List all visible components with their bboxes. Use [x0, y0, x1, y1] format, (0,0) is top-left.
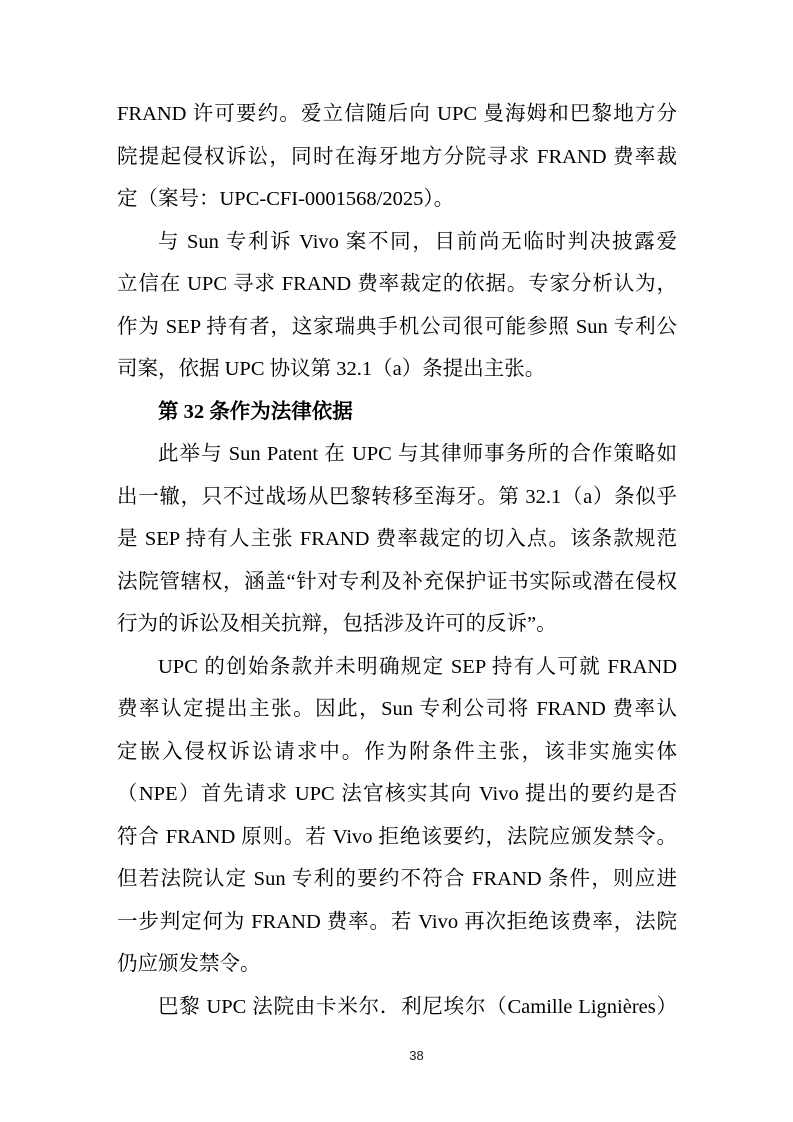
document-body: FRAND 许可要约。爱立信随后向 UPC 曼海姆和巴黎地方分院提起侵权诉讼，同…	[117, 93, 677, 1028]
text-line: 费率认定提出主张。因此，Sun 专利公司将 FRAND 费率认	[117, 688, 677, 731]
text-line: 但若法院认定 Sun 专利的要约不符合 FRAND 条件，则应进	[117, 858, 677, 901]
page-footer: 38	[0, 1048, 793, 1063]
text-line: 符合 FRAND 原则。若 Vivo 拒绝该要约，法院应颁发禁令。	[117, 816, 677, 859]
text-line: 定嵌入侵权诉讼请求中。作为附条件主张，该非实施实体	[117, 731, 677, 774]
page-number: 38	[409, 1048, 423, 1063]
text-line: 一步判定何为 FRAND 费率。若 Vivo 再次拒绝该费率，法院	[117, 901, 677, 944]
text-line: FRAND 许可要约。爱立信随后向 UPC 曼海姆和巴黎地方分	[117, 93, 677, 136]
text-line: 司案，依据 UPC 协议第 32.1（a）条提出主张。	[117, 348, 677, 391]
text-line: （NPE）首先请求 UPC 法官核实其向 Vivo 提出的要约是否	[117, 773, 677, 816]
text-line: 与 Sun 专利诉 Vivo 案不同，目前尚无临时判决披露爱	[117, 221, 677, 264]
text-line: 仍应颁发禁令。	[117, 943, 677, 986]
text-line: 院提起侵权诉讼，同时在海牙地方分院寻求 FRAND 费率裁	[117, 136, 677, 179]
text-line: 此举与 Sun Patent 在 UPC 与其律师事务所的合作策略如	[117, 433, 677, 476]
section-heading: 第 32 条作为法律依据	[117, 391, 677, 434]
document-page: FRAND 许可要约。爱立信随后向 UPC 曼海姆和巴黎地方分院提起侵权诉讼，同…	[0, 0, 793, 1122]
text-line: 法院管辖权，涵盖“针对专利及补充保护证书实际或潜在侵权	[117, 561, 677, 604]
text-line: 出一辙，只不过战场从巴黎转移至海牙。第 32.1（a）条似乎	[117, 476, 677, 519]
text-line: 巴黎 UPC 法院由卡米尔．利尼埃尔（Camille Lignières）	[117, 986, 677, 1029]
text-line: 是 SEP 持有人主张 FRAND 费率裁定的切入点。该条款规范	[117, 518, 677, 561]
text-line: UPC 的创始条款并未明确规定 SEP 持有人可就 FRAND	[117, 646, 677, 689]
text-line: 定（案号：UPC-CFI-0001568/2025）。	[117, 178, 677, 221]
text-line: 作为 SEP 持有者，这家瑞典手机公司很可能参照 Sun 专利公	[117, 306, 677, 349]
text-line: 行为的诉讼及相关抗辩，包括涉及许可的反诉”。	[117, 603, 677, 646]
text-line: 立信在 UPC 寻求 FRAND 费率裁定的依据。专家分析认为，	[117, 263, 677, 306]
